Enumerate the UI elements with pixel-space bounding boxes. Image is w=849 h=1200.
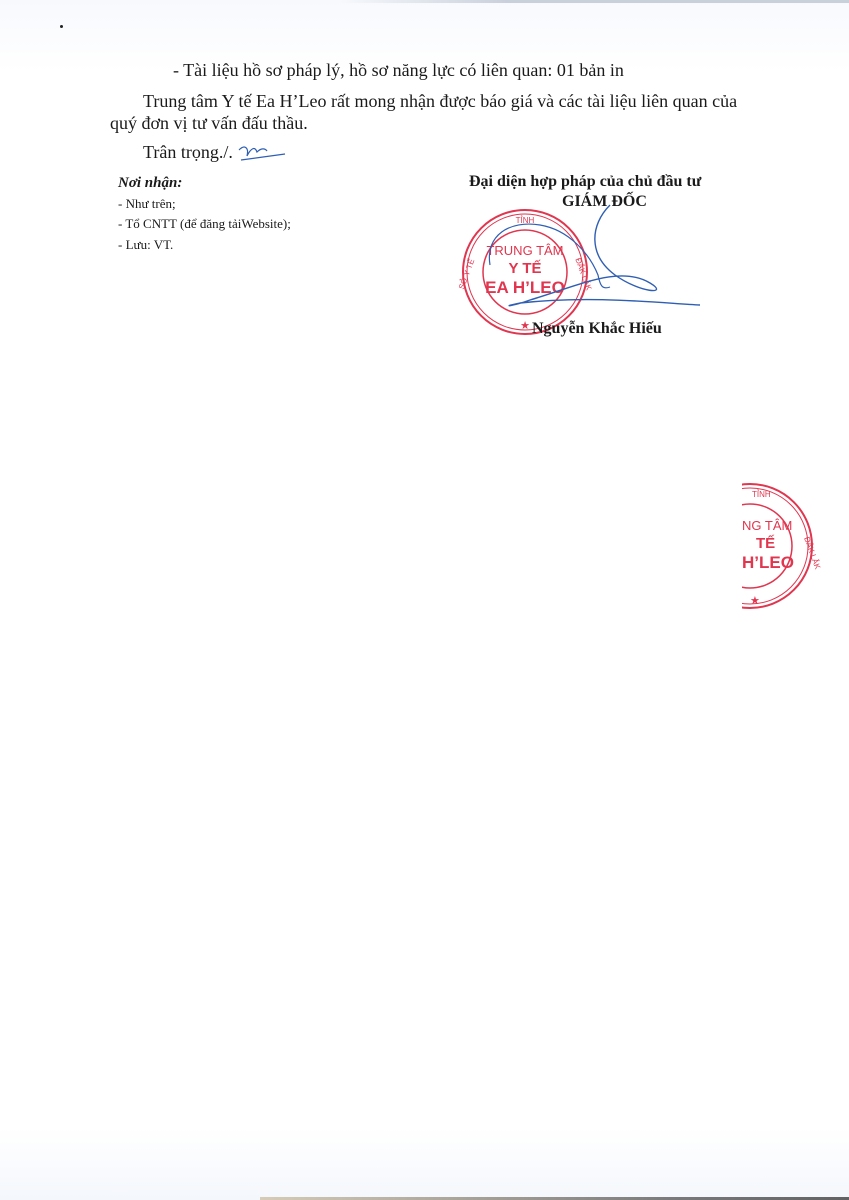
partial-stamp-line3: H’LEO bbox=[742, 553, 794, 572]
signature-flourish-icon bbox=[470, 195, 710, 315]
closing-line: Trân trọng./. bbox=[143, 142, 287, 164]
recipients-title: Nơi nhận: bbox=[118, 175, 182, 192]
body-paragraph-line2: quý đơn vị tư vấn đấu thầu. bbox=[110, 113, 308, 134]
partial-stamp-line2: TẾ bbox=[756, 535, 775, 552]
initial-signature-icon bbox=[237, 142, 287, 164]
svg-text:★: ★ bbox=[750, 595, 760, 607]
document-page: - Tài liệu hồ sơ pháp lý, hồ sơ năng lực… bbox=[0, 0, 849, 1200]
closing-text: Trân trọng./. bbox=[143, 142, 233, 162]
svg-text:★: ★ bbox=[520, 320, 530, 332]
recipient-item: - Như trên; bbox=[118, 196, 176, 212]
partial-stamp-line1: NG TÂM bbox=[742, 518, 792, 533]
body-paragraph-line1: Trung tâm Y tế Ea H’Leo rất mong nhận đư… bbox=[143, 91, 737, 112]
signatory-title: Đại diện hợp pháp của chủ đầu tư bbox=[469, 173, 701, 191]
recipient-item: - Tổ CNTT (để đăng tảiWebsite); bbox=[118, 216, 291, 232]
attachment-line: - Tài liệu hồ sơ pháp lý, hồ sơ năng lực… bbox=[173, 60, 624, 81]
scan-edge-top bbox=[0, 0, 849, 3]
partial-stamp-ring-right: ĐẮK LẮK bbox=[802, 536, 822, 571]
partial-stamp-ring-top: TỈNH bbox=[752, 490, 771, 499]
partial-stamp-icon: NG TÂM TẾ H’LEO TỈNH ĐẮK LẮK ★ bbox=[700, 478, 830, 618]
signatory-name: Nguyễn Khắc Hiếu bbox=[532, 320, 662, 338]
scan-speck bbox=[60, 25, 63, 28]
recipient-item: - Lưu: VT. bbox=[118, 237, 173, 253]
